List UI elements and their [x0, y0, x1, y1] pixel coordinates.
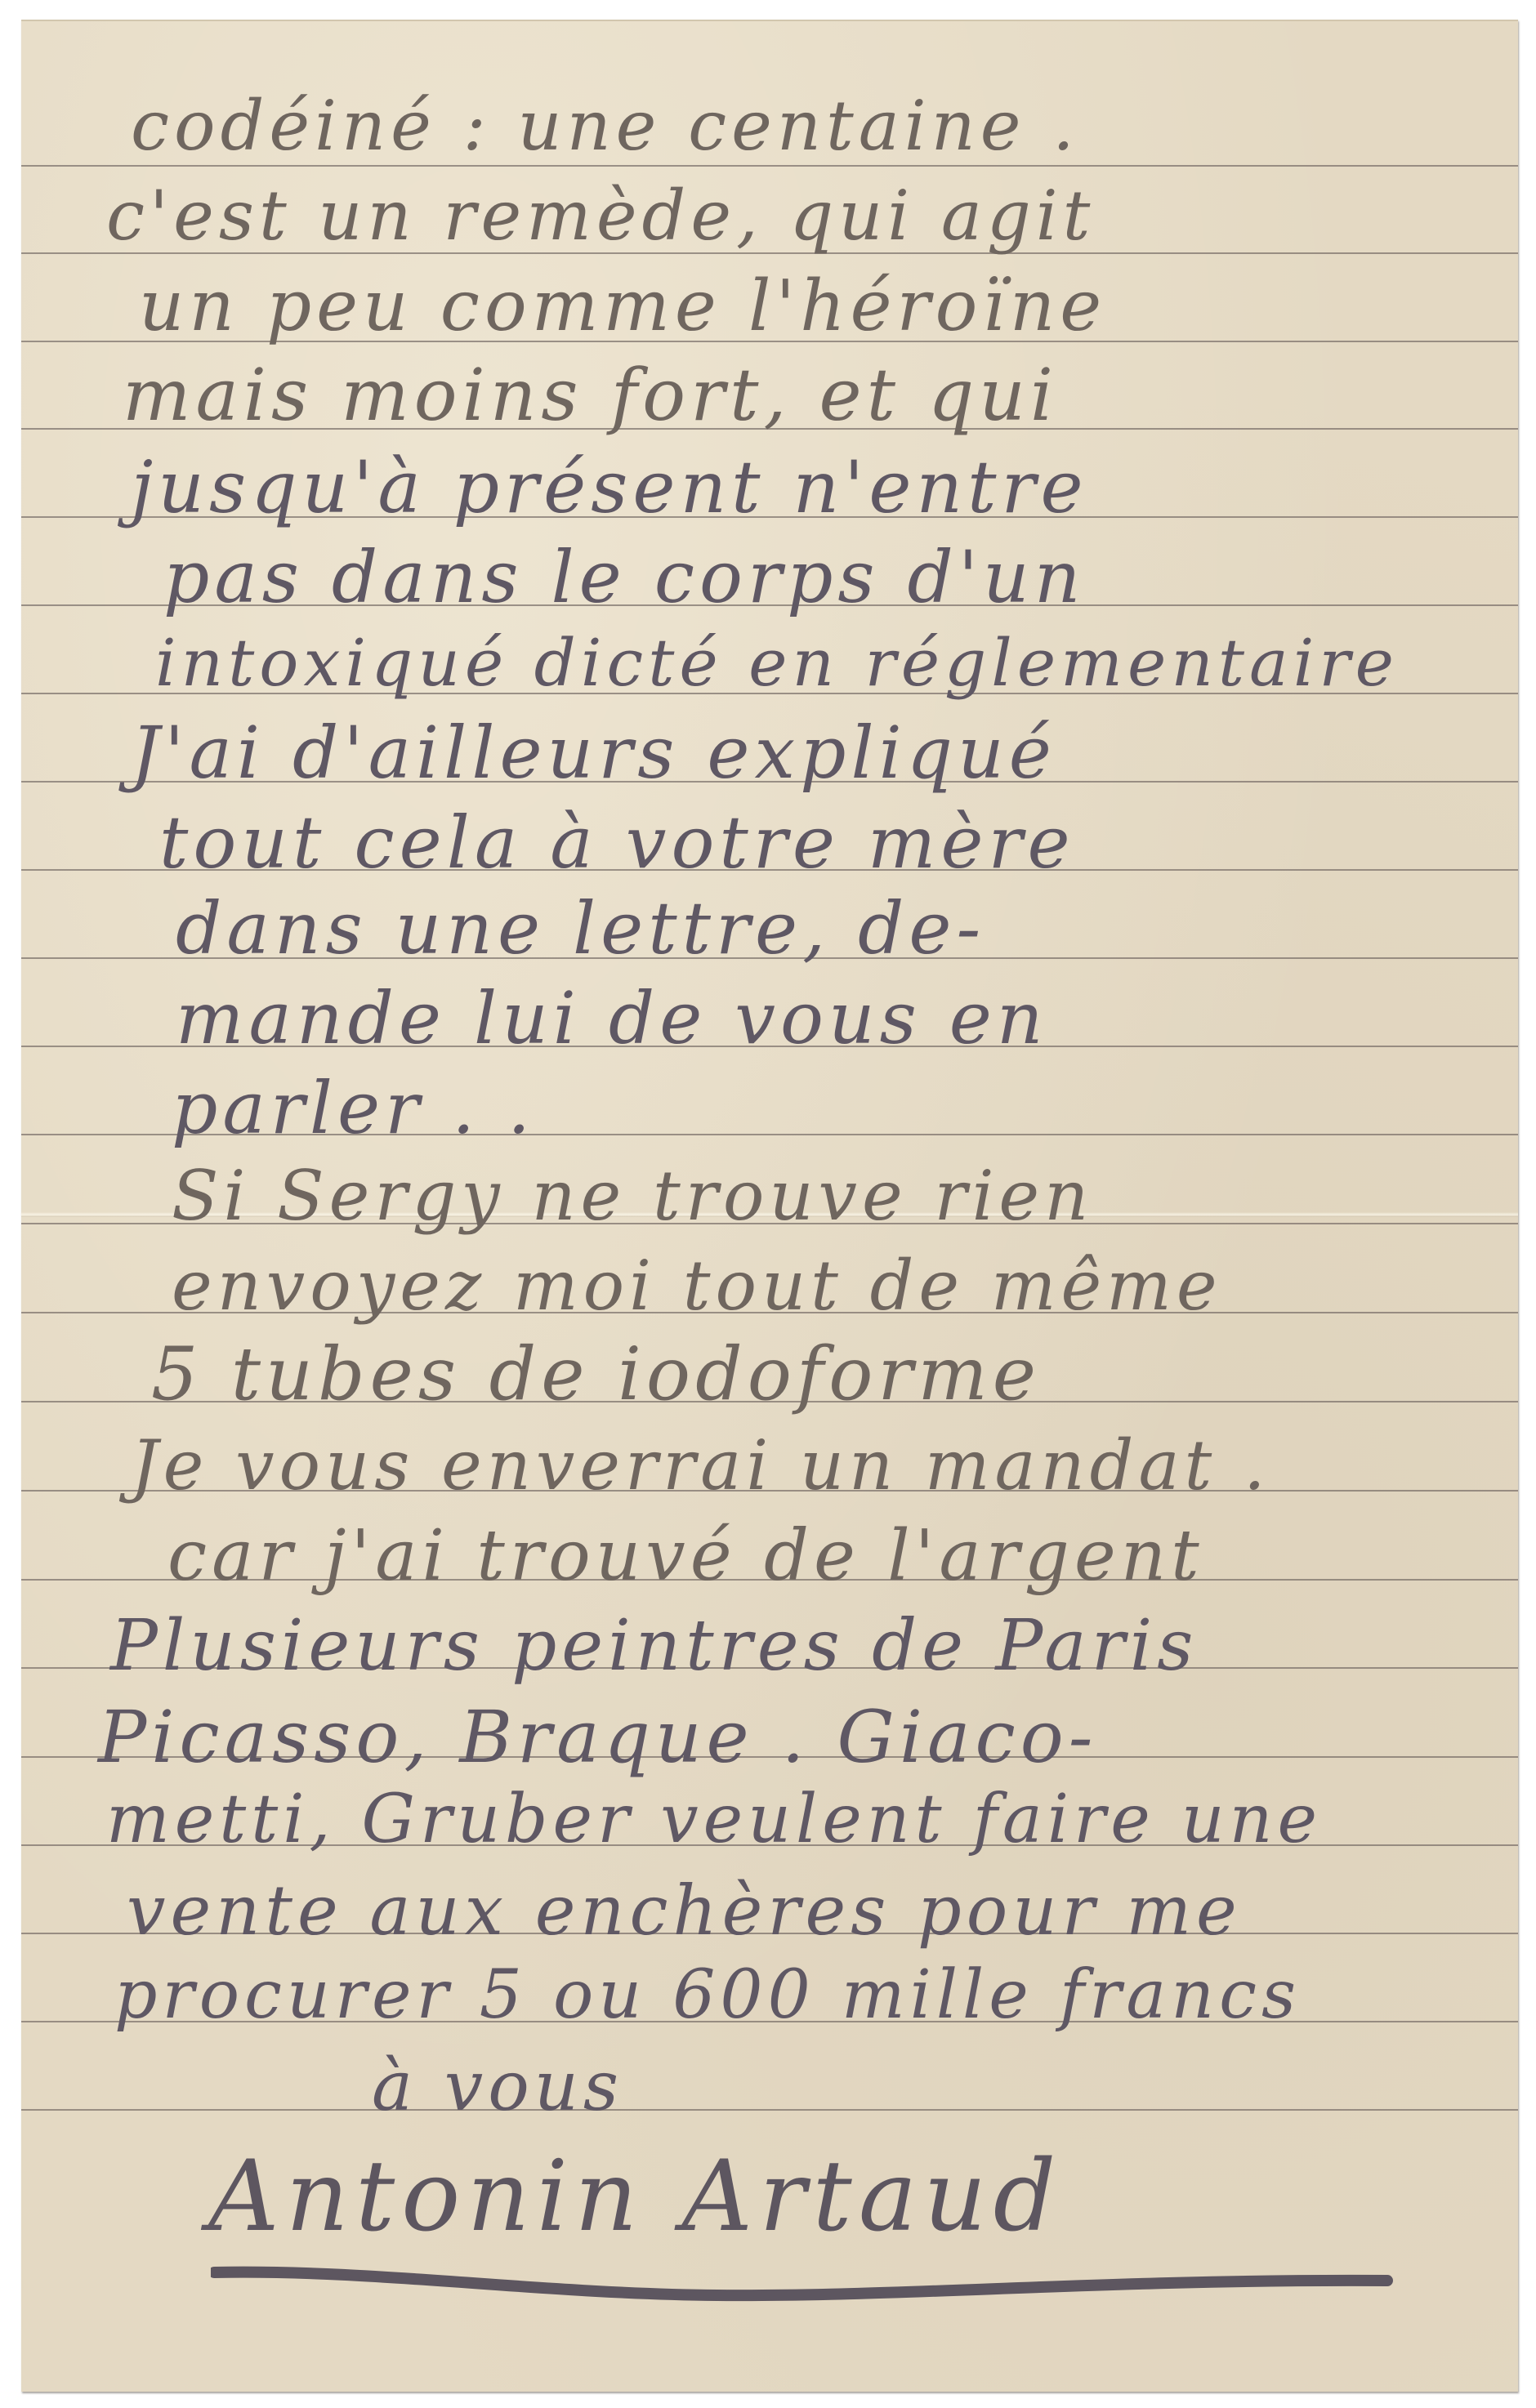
letter-line: codéiné : une centaine .: [131, 86, 1079, 166]
letter-line: dans une lettre, de-: [176, 886, 985, 970]
signature: Antonin Artaud: [208, 2140, 1062, 2254]
letter-line: procurer 5 ou 600 mille francs: [114, 1956, 1301, 2034]
letter-line: tout cela à votre mère: [159, 800, 1075, 885]
letter-line: envoyez moi tout de même: [172, 1246, 1222, 1326]
letter-line: un peu comme l'héroïne: [139, 265, 1106, 347]
letter-line: Je vous enverrai un mandat .: [131, 1425, 1270, 1505]
letter-line: Picasso, Braque . Giaco-: [98, 1695, 1097, 1779]
letter-line: car j'ai trouvé de l'argent: [167, 1515, 1204, 1597]
letter-line: c'est un remède, qui agit: [106, 176, 1095, 256]
letter-line: vente aux enchères pour me: [127, 1871, 1242, 1951]
letter-line: J'ai d'ailleurs expliqué: [131, 711, 1056, 795]
letter-line: à vous: [372, 2046, 623, 2126]
letter-line: mande lui de vous en: [176, 976, 1048, 1060]
letter-line: Plusieurs peintres de Paris: [110, 1605, 1198, 1687]
letter-line: metti, Gruber veulent faire une: [106, 1781, 1322, 1858]
letter-line: pas dans le corps d'un: [163, 535, 1085, 619]
signature-underline: [211, 2263, 1395, 2312]
letter-line: Si Sergy ne trouve rien: [172, 1156, 1093, 1236]
letter-line: mais moins fort, et qui: [123, 353, 1058, 437]
letter-line: intoxiqué dicté en réglementaire: [155, 625, 1399, 701]
letter-line: jusqu'à présent n'entre: [131, 445, 1088, 529]
letter-line: parler . .: [172, 1066, 535, 1150]
ruled-line: [21, 2109, 1518, 2111]
letter-line: 5 tubes de iodoforme: [151, 1331, 1041, 1417]
